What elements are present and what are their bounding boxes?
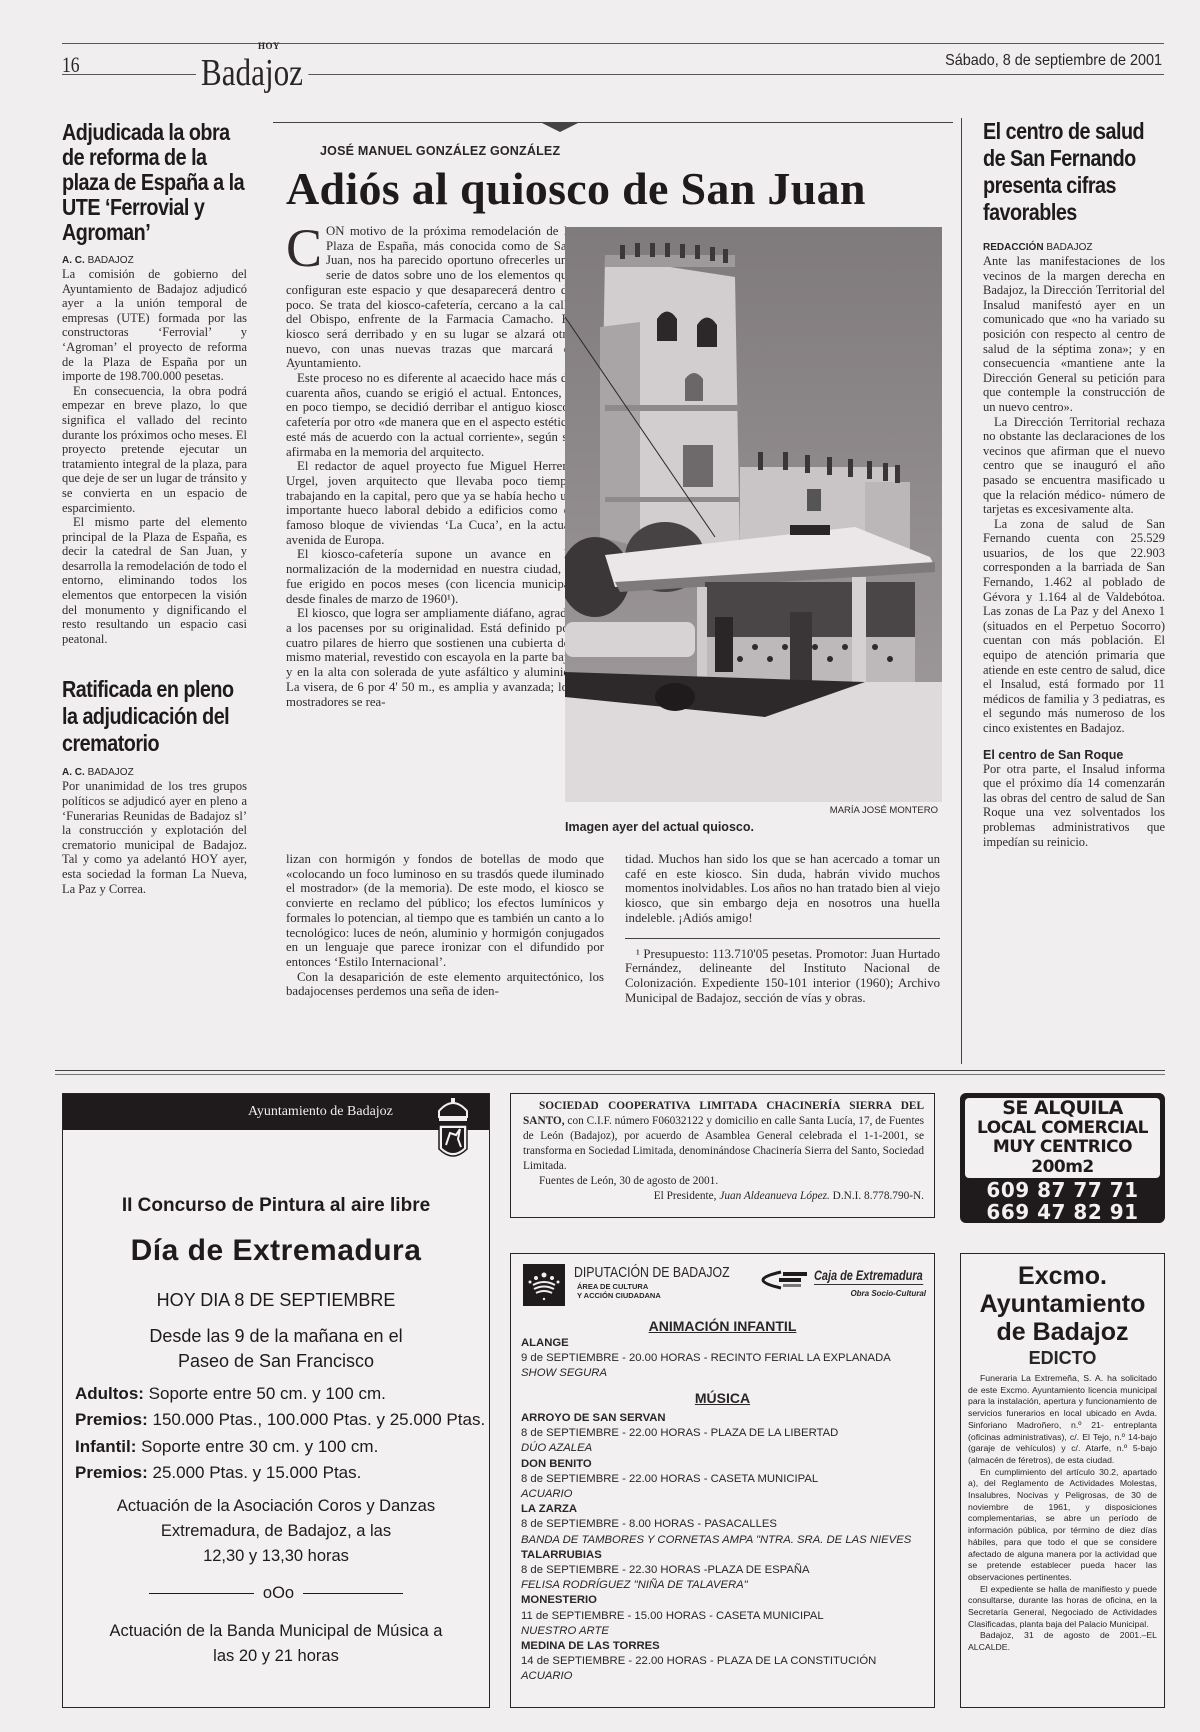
contest-title: II Concurso de Pintura al aire libre (63, 1195, 489, 1217)
photo-credit: MARÍA JOSÉ MONTERO (830, 805, 938, 816)
sponsor-subtitle: Obra Socio-Cultural (850, 1289, 926, 1298)
frame-arrow-marker (540, 122, 580, 132)
cathedral-kiosk-image (565, 227, 942, 802)
event-act: SHOW SEGURA (521, 1366, 891, 1381)
paragraph: Ante las manifestaciones de los vecinos … (983, 254, 1165, 415)
footnote: ¹ Presupuesto: 113.710'05 pesetas. Promo… (625, 947, 940, 1006)
article-body: Por otra parte, el Insalud informa que e… (983, 762, 1165, 850)
subheading: El centro de San Roque (983, 748, 1165, 762)
notice-signature: El Presidente, Juan Aldeanueva López. D.… (523, 1189, 924, 1204)
page-number: 16 (62, 52, 80, 78)
paragraph: Con la desaparición de este elemento arq… (286, 970, 604, 999)
section-divider (55, 1070, 1165, 1071)
article-body: Ante las manifestaciones de los vecinos … (983, 254, 1165, 736)
section-heading: ANIMACIÓN INFANTIL (511, 1318, 934, 1334)
event-item: LA ZARZA 8 de SEPTIEMBRE - 8.00 HORAS - … (521, 1502, 929, 1548)
phone-numbers: 609 87 77 71 669 47 82 91 (962, 1179, 1163, 1223)
rule-premios-adultos: Premios: 150.000 Ptas., 100.000 Ptas. y … (75, 1410, 485, 1430)
byline-place: BADAJOZ (88, 255, 134, 266)
paragraph: El mismo parte del elemento principal de… (62, 515, 247, 646)
byline-place: BADAJOZ (88, 767, 134, 778)
caja-extremadura-logo-icon (761, 1270, 809, 1290)
coros-time: 12,30 y 13,30 horas (63, 1547, 489, 1566)
diputacion-area: ÁREA DE CULTURA Y ACCIÓN CIUDADANA (577, 1282, 661, 1300)
paragraph: La zona de salud de San Fernando cuenta … (983, 517, 1165, 736)
header-top-rule (62, 43, 1164, 44)
event-item: MONESTERIO 11 de SEPTIEMBRE - 15.00 HORA… (521, 1593, 929, 1639)
byline-author: A. C. (62, 767, 85, 778)
headline: El centro de salud de San Fernando prese… (983, 118, 1165, 226)
column-divider (961, 118, 962, 1064)
edicto-issuer: Excmo. Ayuntamiento de Badajoz (961, 1262, 1164, 1346)
kiosk-photo (565, 227, 942, 802)
paragraph: lizan con hormigón y fondos de botellas … (286, 852, 604, 970)
article-author: JOSÉ MANUEL GONZÁLEZ GONZÁLEZ (320, 144, 560, 158)
rental-text: SE ALQUILA LOCAL COMERCIAL MUY CENTRICO … (965, 1098, 1160, 1178)
byline-author: REDACCIÓN (983, 242, 1044, 253)
article-title: Adiós al quiosco de San Juan (286, 166, 866, 212)
photo-caption: Imagen ayer del actual quiosco. (565, 820, 754, 834)
byline-place: BADAJOZ (1046, 242, 1092, 253)
left-column: Adjudicada la obra de reforma de la plaz… (62, 120, 247, 896)
right-column: El centro de salud de San Fernando prese… (983, 118, 1165, 849)
article-column-1: CON motivo de la próxima remodelación de… (286, 224, 573, 709)
byline-author: A. C. (62, 255, 85, 266)
headline: Ratificada en pleno la adjudicación del … (62, 676, 247, 757)
ad-diputacion-events: DIPUTACIÓN DE BADAJOZ ÁREA DE CULTURA Y … (510, 1253, 935, 1708)
banda-line: Actuación de la Banda Municipal de Músic… (63, 1622, 489, 1641)
diputacion-logo-icon (523, 1264, 565, 1306)
separator: oOo (63, 1584, 489, 1603)
rule-infantil: Infantil: Soporte entre 30 cm. y 100 cm. (75, 1437, 378, 1457)
article-column-2: lizan con hormigón y fondos de botellas … (286, 852, 604, 999)
event-list: ARROYO DE SAN SERVAN 8 de SEPTIEMBRE - 2… (521, 1411, 929, 1685)
section-heading: MÚSICA (511, 1390, 934, 1406)
byline: A. C. BADAJOZ (62, 767, 247, 778)
event-list: ALANGE 9 de SEPTIEMBRE - 20.00 HORAS - R… (521, 1336, 891, 1382)
lead-paragraph: CON motivo de la próxima remodelación de… (286, 224, 573, 371)
rule-adultos: Adultos: Soporte entre 50 cm. y 100 cm. (75, 1384, 386, 1404)
banda-time: las 20 y 21 horas (63, 1647, 489, 1666)
paragraph: El expediente se halla de manifiesto y p… (968, 1584, 1157, 1631)
ad-concurso-pintura: Ayuntamiento de Badajoz II Concurso de P… (62, 1093, 490, 1708)
event-item: TALARRUBIAS 8 de SEPTIEMBRE - 22.30 HORA… (521, 1548, 929, 1594)
headline: Adjudicada la obra de reforma de la plaz… (62, 120, 247, 245)
event-item: DON BENITO 8 de SEPTIEMBRE - 22.00 HORAS… (521, 1457, 929, 1503)
coat-of-arms-icon (433, 1097, 473, 1165)
section-title: Badajoz (196, 54, 308, 92)
paragraph: En cumplimiento del artículo 30.2, apart… (968, 1467, 1157, 1584)
phone-number: 609 87 77 71 (962, 1179, 1163, 1201)
paragraph: tidad. Muchos han sido los que se han ac… (625, 852, 940, 926)
edicto-title: EDICTO (961, 1348, 1164, 1369)
event-time: Desde las 9 de la mañana en el (63, 1326, 489, 1347)
event-date: HOY DIA 8 DE SEPTIEMBRE (63, 1290, 489, 1311)
masthead-logo: HOY (258, 41, 280, 51)
sponsor-name: Caja de Extremadura (814, 1267, 923, 1285)
notice-text: SOCIEDAD COOPERATIVA LIMITADA CHACINERÍA… (523, 1099, 924, 1174)
byline: REDACCIÓN BADAJOZ (983, 242, 1165, 253)
ad-edicto: Excmo. Ayuntamiento de Badajoz EDICTO Fu… (960, 1253, 1165, 1708)
paragraph: Badajoz, 31 de agosto de 2001.–EL ALCALD… (968, 1630, 1157, 1653)
drop-cap: C (286, 226, 322, 270)
issue-date: Sábado, 8 de septiembre de 2001 (945, 52, 1162, 70)
event-item: MEDINA DE LAS TORRES 14 de SEPTIEMBRE - … (521, 1639, 929, 1685)
section-divider-secondary (55, 1074, 1165, 1075)
event-town: ALANGE (521, 1336, 891, 1351)
article-body: Por unanimidad de los tres grupos políti… (62, 779, 247, 896)
article-column-3: tidad. Muchos han sido los que se han ac… (625, 852, 940, 1005)
ad-se-alquila: SE ALQUILA LOCAL COMERCIAL MUY CENTRICO … (960, 1093, 1165, 1223)
paragraph: La Dirección Territorial rechaza no obst… (983, 415, 1165, 517)
article-crematorio: Ratificada en pleno la adjudicación del … (62, 676, 247, 896)
article-plaza-espana: Adjudicada la obra de reforma de la plaz… (62, 120, 247, 646)
paragraph: El redactor de aquel proyecto fue Miguel… (286, 459, 573, 547)
paragraph: La comisión de gobierno del Ayuntamiento… (62, 267, 247, 384)
ad-cooperativa: SOCIEDAD COOPERATIVA LIMITADA CHACINERÍA… (510, 1093, 935, 1218)
notice-date: Fuentes de León, 30 de agosto de 2001. (523, 1174, 924, 1189)
footnote-rule (625, 938, 940, 939)
coros-line: Actuación de la Asociación Coros y Danza… (63, 1497, 489, 1516)
organization-name: Ayuntamiento de Badajoz (248, 1104, 393, 1120)
article-body: La comisión de gobierno del Ayuntamiento… (62, 267, 247, 646)
paragraph: Este proceso no es diferente al acaecido… (286, 371, 573, 459)
event-place: Paseo de San Francisco (63, 1351, 489, 1372)
event-when: 9 de SEPTIEMBRE - 20.00 HORAS - RECINTO … (521, 1351, 891, 1366)
paragraph: Funeraria La Extremeña, S. A. ha solicit… (968, 1373, 1157, 1467)
paragraph: El kiosco-cafetería supone un avance en … (286, 547, 573, 606)
edicto-body: Funeraria La Extremeña, S. A. ha solicit… (961, 1369, 1164, 1654)
paragraph: En consecuencia, la obra podrá empezar e… (62, 384, 247, 515)
paragraph: Por otra parte, el Insalud informa que e… (983, 762, 1165, 850)
coros-line: Extremadura, de Badajoz, a las (63, 1522, 489, 1541)
diputacion-name: DIPUTACIÓN DE BADAJOZ (574, 1264, 730, 1281)
lead-text: ON motivo de la próxima remodelación de … (286, 224, 573, 370)
phone-number: 669 47 82 91 (962, 1201, 1163, 1223)
rule-premios-infantil: Premios: 25.000 Ptas. y 15.000 Ptas. (75, 1463, 361, 1483)
paragraph: Por unanimidad de los tres grupos políti… (62, 779, 247, 896)
byline: A. C. BADAJOZ (62, 255, 247, 266)
paragraph: El kiosco, que logra ser ampliamente diá… (286, 606, 573, 709)
event-title: Día de Extremadura (63, 1234, 489, 1268)
event-item: ARROYO DE SAN SERVAN 8 de SEPTIEMBRE - 2… (521, 1411, 929, 1457)
